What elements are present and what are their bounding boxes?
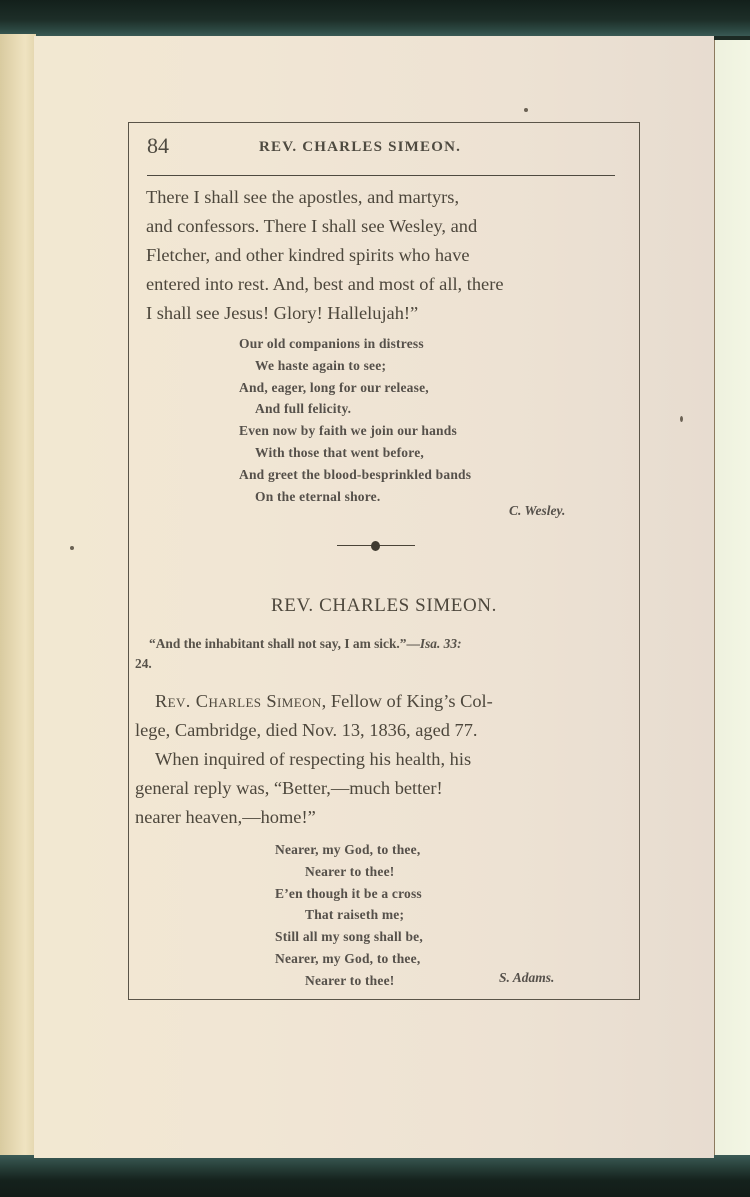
running-head: 84 REV. CHARLES SIMEON. (147, 133, 619, 163)
verse-line: E’en though it be a cross (275, 883, 423, 905)
text-frame: 84 REV. CHARLES SIMEON. There I shall se… (128, 122, 640, 1000)
book-cover-bottom-edge (0, 1155, 750, 1197)
epigraph-quote: “And the inhabitant shall not say, I am … (149, 636, 420, 651)
adams-hymn: Nearer, my God, to thee, Nearer to thee!… (275, 839, 423, 992)
subject-name: Rev. Charles Simeon (155, 691, 322, 711)
text-line: Fletcher, and other kindred spirits who … (146, 241, 618, 270)
hymn-attribution: S. Adams. (499, 970, 554, 986)
epigraph-reference: Isa. 33: (420, 636, 462, 651)
verse-line: Nearer to thee! (275, 861, 423, 883)
page-stack-edge (0, 34, 36, 1160)
hymn-attribution: C. Wesley. (509, 503, 565, 519)
continuation-paragraph: There I shall see the apostles, and mart… (146, 183, 618, 328)
paper-speck (524, 108, 528, 112)
text-line: Rev. Charles Simeon, Fellow of King’s Co… (135, 687, 605, 716)
epigraph-reference-cont: 24. (135, 654, 611, 674)
verse-line: Nearer to thee! (275, 970, 423, 992)
text-line: When inquired of respecting his health, … (135, 745, 605, 774)
verse-line: Nearer, my God, to thee, (275, 839, 423, 861)
verse-line: And full felicity. (239, 398, 471, 420)
page-number: 84 (147, 133, 169, 159)
verse-line: That raiseth me; (275, 904, 423, 926)
text-line: and confessors. There I shall see Wesley… (146, 212, 618, 241)
text-line: There I shall see the apostles, and mart… (146, 183, 618, 212)
text-line: nearer heaven,—home!” (135, 803, 605, 832)
wesley-hymn: Our old companions in distress We haste … (239, 333, 471, 507)
biography-paragraph: Rev. Charles Simeon, Fellow of King’s Co… (135, 687, 605, 745)
verse-line: Still all my song shall be, (275, 926, 423, 948)
text-line: entered into rest. And, best and most of… (146, 270, 618, 299)
book-cover-top-edge (0, 0, 750, 36)
reply-paragraph: When inquired of respecting his health, … (135, 745, 605, 832)
verse-line: With those that went before, (239, 442, 471, 464)
paper-speck (680, 416, 683, 422)
verse-line: Nearer, my God, to thee, (275, 948, 423, 970)
verse-line: Our old companions in distress (239, 333, 471, 355)
verse-line: Even now by faith we join our hands (239, 420, 471, 442)
text-line: lege, Cambridge, died Nov. 13, 1836, age… (135, 716, 605, 745)
verse-line: And, eager, long for our release, (239, 377, 471, 399)
verse-line: On the eternal shore. (239, 486, 471, 508)
header-rule (147, 175, 615, 176)
verse-line: And greet the blood-besprinkled bands (239, 464, 471, 486)
text-line: general reply was, “Better,—much better! (135, 774, 605, 803)
section-title: REV. CHARLES SIMEON. (129, 595, 639, 617)
running-title: REV. CHARLES SIMEON. (259, 139, 461, 156)
paper-speck (70, 546, 74, 550)
scripture-epigraph: “And the inhabitant shall not say, I am … (135, 634, 611, 674)
facing-page-edge (714, 40, 750, 1158)
section-divider-ornament (337, 541, 415, 551)
divider-dot (371, 541, 380, 551)
text-line: I shall see Jesus! Glory! Hallelujah!” (146, 299, 618, 328)
verse-line: We haste again to see; (239, 355, 471, 377)
